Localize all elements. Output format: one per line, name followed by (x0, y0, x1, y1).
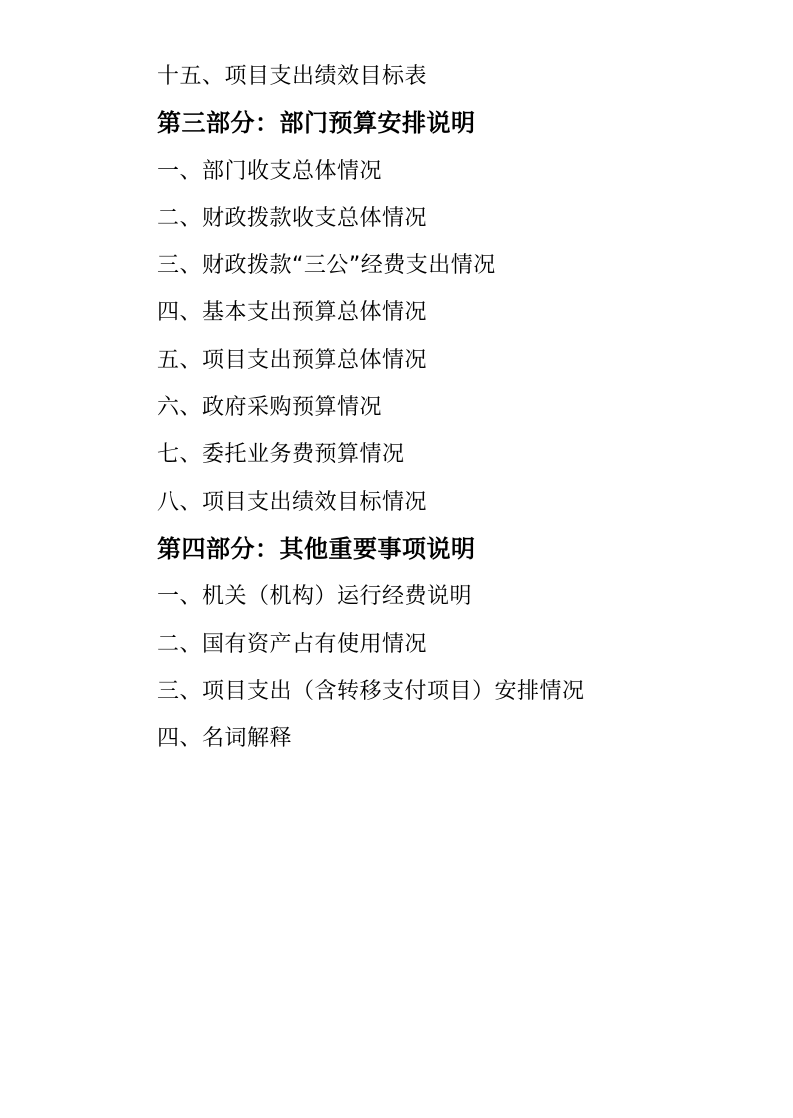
toc-item: 二、财政拨款收支总体情况 (157, 195, 763, 242)
toc-item: 三、项目支出（含转移支付项目）安排情况 (157, 668, 763, 715)
toc-list: 十五、项目支出绩效目标表第三部分：部门预算安排说明一、部门收支总体情况二、财政拨… (157, 53, 763, 762)
section-heading: 第三部分：部门预算安排说明 (157, 100, 763, 147)
toc-item: 七、委托业务费预算情况 (157, 431, 763, 478)
toc-item: 三、财政拨款“三公”经费支出情况 (157, 242, 763, 289)
toc-item: 四、基本支出预算总体情况 (157, 289, 763, 336)
toc-item: 二、国有资产占有使用情况 (157, 621, 763, 668)
toc-item: 一、部门收支总体情况 (157, 148, 763, 195)
toc-item: 六、政府采购预算情况 (157, 384, 763, 431)
toc-item: 一、机关（机构）运行经费说明 (157, 573, 763, 620)
document-page: 十五、项目支出绩效目标表第三部分：部门预算安排说明一、部门收支总体情况二、财政拨… (0, 0, 793, 1118)
toc-item: 十五、项目支出绩效目标表 (157, 53, 763, 100)
toc-item: 四、名词解释 (157, 715, 763, 762)
section-heading: 第四部分：其他重要事项说明 (157, 526, 763, 573)
toc-item: 五、项目支出预算总体情况 (157, 337, 763, 384)
toc-item: 八、项目支出绩效目标情况 (157, 479, 763, 526)
